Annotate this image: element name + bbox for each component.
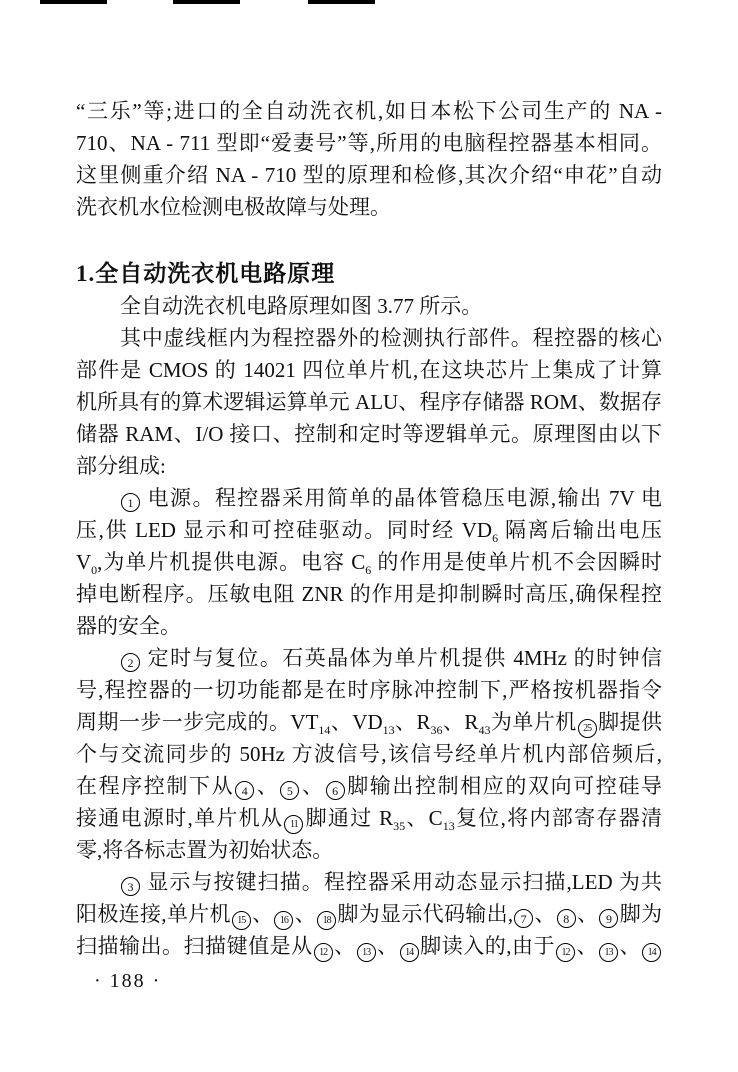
circled-number: 14	[400, 943, 419, 962]
text-line: 这里侧重介绍 NA - 710 型的原理和检修,其次介绍“申花”自动	[76, 159, 662, 191]
text-line: 部分组成:	[76, 450, 662, 482]
circled-number: 16	[274, 911, 293, 930]
text-line: 阳极连接,单片机15、16、18脚为显示代码输出,7、8、9脚为位	[76, 898, 662, 930]
text-line: “三乐”等;进口的全自动洗衣机,如日本松下公司生产的 NA -	[76, 95, 662, 127]
circled-number: 12	[314, 943, 333, 962]
page-number: · 188 ·	[94, 970, 161, 993]
text-line: 压,供 LED 显示和可控硅驱动。同时经 VD6 隔离后输出电压	[76, 514, 662, 546]
text-line: 部件是 CMOS 的 14021 四位单片机,在这块芯片上集成了计算	[76, 354, 662, 386]
text-line: 洗衣机水位检测电极故障与处理。	[76, 191, 662, 223]
page-text: “三乐”等;进口的全自动洗衣机,如日本松下公司生产的 NA -710、NA - …	[76, 95, 662, 962]
circled-number: 12	[556, 943, 575, 962]
subscript: 6	[492, 531, 498, 545]
circled-number: 13	[357, 943, 376, 962]
text-line: 全自动洗衣机电路原理如图 3.77 所示。	[76, 290, 662, 322]
subscript: 36	[431, 723, 443, 737]
text-line: 在程序控制下从4、5、6脚输出控制相应的双向可控硅导通。	[76, 770, 662, 802]
text-line: 扫描输出。扫描键值是从12、13、14脚读入的,由于12、13、14脚	[76, 930, 662, 962]
text-line: 其中虚线框内为程控器外的检测执行部件。程控器的核心	[76, 322, 662, 354]
scan-artifact-bar	[308, 0, 375, 4]
subscript: 43	[478, 723, 490, 737]
circled-number: 2	[121, 653, 140, 672]
circled-number: 18	[317, 911, 336, 930]
text-line: 掉电断程序。压敏电阻 ZNR 的作用是抑制瞬时高压,确保程控	[76, 578, 662, 610]
scan-artifact-bar	[40, 0, 107, 4]
circled-number: 25	[578, 719, 597, 738]
text-line: 接通电源时,单片机从11脚通过 R35、C13复位,将内部寄存器清	[76, 802, 662, 834]
circled-number: 1	[121, 493, 140, 512]
text-line: 号,程控器的一切功能都是在时序脉冲控制下,严格按机器指令	[76, 674, 662, 706]
circled-number: 6	[326, 781, 345, 800]
circled-number: 15	[232, 911, 251, 930]
text-line: V0,为单片机提供电源。电容 C6 的作用是使单片机不会因瞬时	[76, 546, 662, 578]
text-line: 零,将各标志置为初始状态。	[76, 834, 662, 866]
circled-number: 14	[642, 943, 661, 962]
subscript: 0	[91, 563, 97, 577]
scan-artifact-bar	[173, 0, 240, 4]
circled-number: 11	[284, 815, 303, 834]
circled-number: 4	[235, 781, 254, 800]
text-line: 储器 RAM、I/O 接口、控制和定时等逻辑单元。原理图由以下几	[76, 418, 662, 450]
circled-number: 3	[121, 877, 140, 896]
text-line: 机所具有的算术逻辑运算单元 ALU、程序存储器 ROM、数据存	[76, 386, 662, 418]
text-line: 710、NA - 711 型即“爱妻号”等,所用的电脑程控器基本相同。	[76, 127, 662, 159]
scanned-book-page: { "page": { "footer": "· 188 ·", "artifa…	[0, 0, 738, 1072]
subscript: 14	[318, 723, 330, 737]
circled-number: 5	[280, 781, 299, 800]
section-heading: 1.全自动洗衣机电路原理	[76, 257, 662, 290]
subscript: 35	[393, 819, 405, 833]
subscript: 6	[365, 563, 371, 577]
text-line: 周期一步一步完成的。VT14、VD13、R36、R43为单片机25脚提供一	[76, 706, 662, 738]
text-line: 个与交流同步的 50Hz 方波信号,该信号经单片机内部倍频后,	[76, 738, 662, 770]
text-line: 器的安全。	[76, 610, 662, 642]
scan-artifacts	[0, 0, 738, 6]
subscript: 13	[383, 723, 395, 737]
circled-number: 9	[599, 909, 618, 928]
text-line: 3 显示与按键扫描。程控器采用动态显示扫描,LED 为共	[76, 866, 662, 898]
circled-number: 7	[514, 909, 533, 928]
circled-number: 8	[557, 909, 576, 928]
text-line: 2 定时与复位。石英晶体为单片机提供 4MHz 的时钟信	[76, 642, 662, 674]
circled-number: 13	[599, 943, 618, 962]
text-line: 1 电源。程控器采用简单的晶体管稳压电源,输出 7V 电	[76, 482, 662, 514]
subscript: 13	[443, 819, 455, 833]
